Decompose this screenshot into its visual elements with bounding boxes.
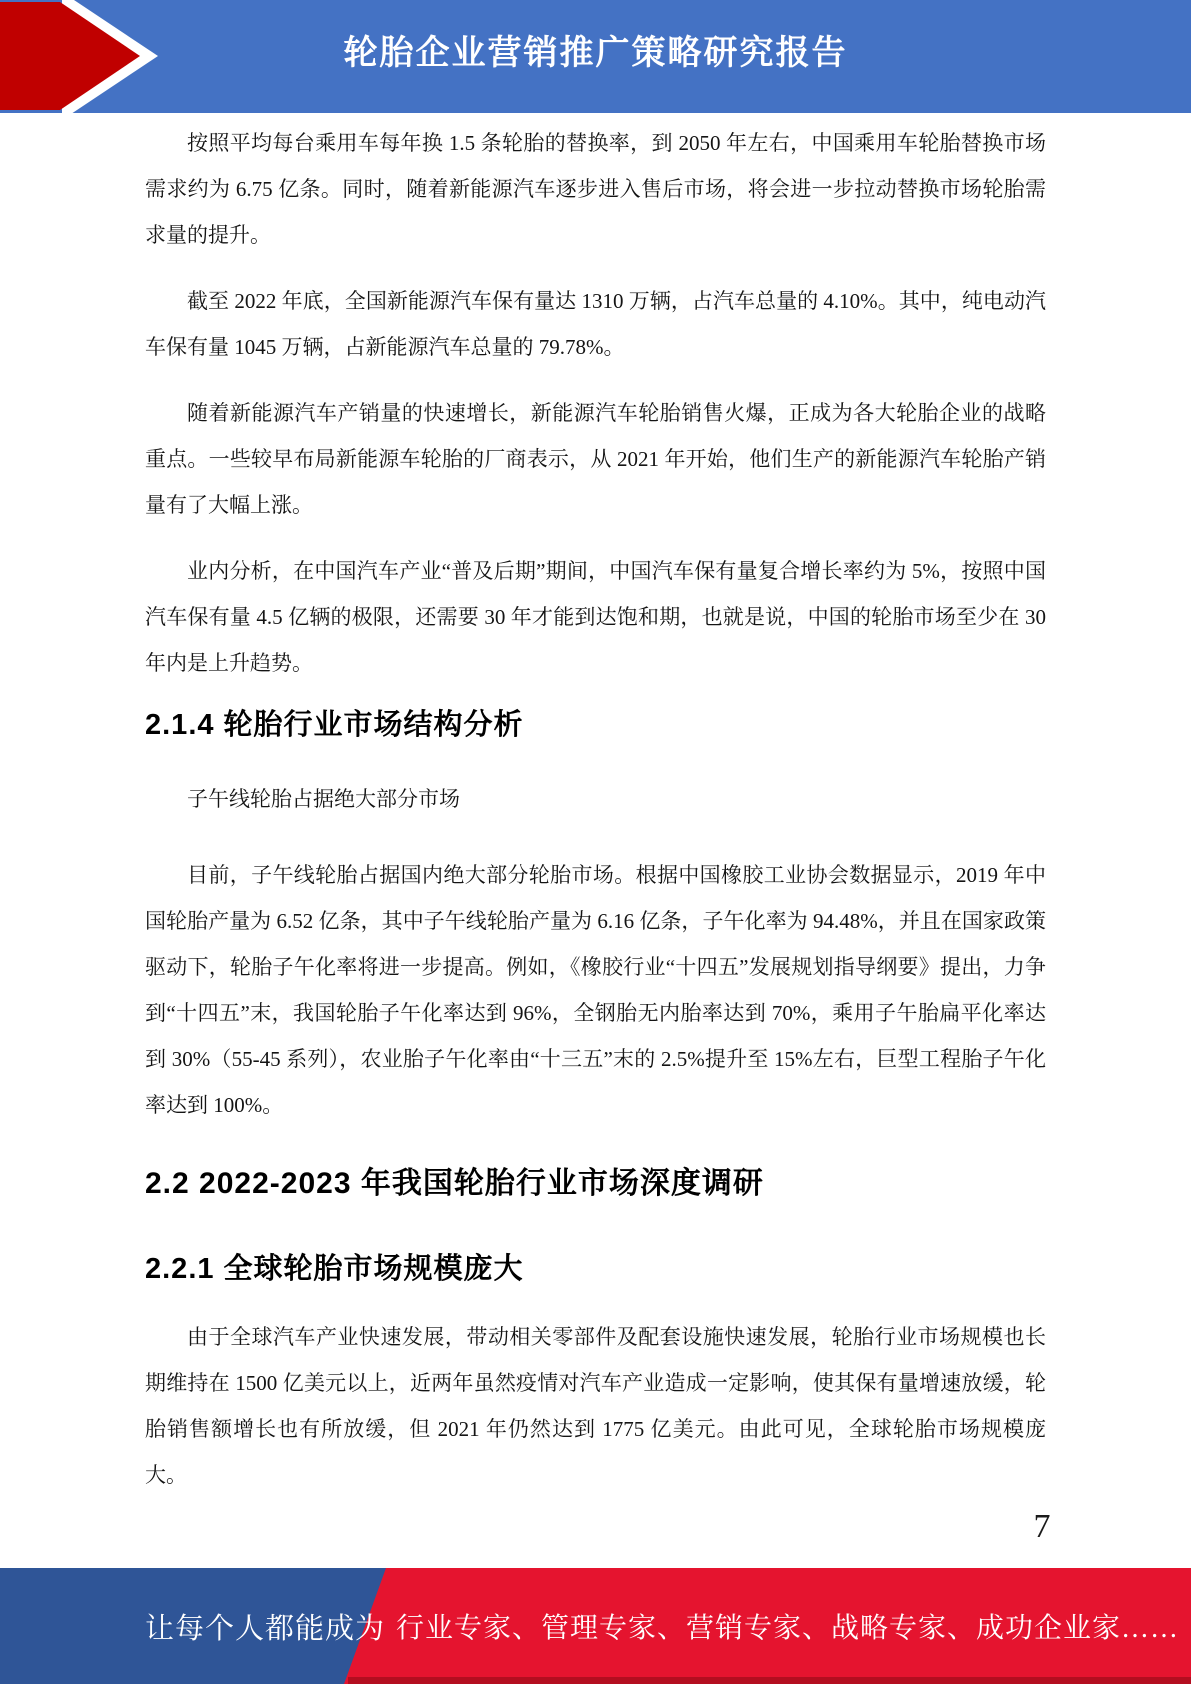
page-footer: 让每个人都能成为 行业专家、管理专家、营销专家、战略专家、成功企业家…… [0,1568,1191,1684]
paragraph: 按照平均每台乘用车每年换 1.5 条轮胎的替换率，到 2050 年左右，中国乘用… [145,120,1046,258]
section-heading-2-1-4: 2.1.4 轮胎行业市场结构分析 [145,706,1046,744]
document-body: 按照平均每台乘用车每年换 1.5 条轮胎的替换率，到 2050 年左右，中国乘用… [145,0,1046,1518]
paragraph: 随着新能源汽车产销量的快速增长，新能源汽车轮胎销售火爆，正成为各大轮胎企业的战略… [145,390,1046,528]
paragraph: 截至 2022 年底，全国新能源汽车保有量达 1310 万辆，占汽车总量的 4.… [145,278,1046,370]
footer-slogan-left: 让每个人都能成为 [145,1568,385,1684]
footer-slogan-right: 行业专家、管理专家、营销专家、战略专家、成功企业家…… [396,1568,1179,1684]
paragraph: 业内分析，在中国汽车产业“普及后期”期间，中国汽车保有量复合增长率约为 5%，按… [145,548,1046,686]
paragraph: 目前，子午线轮胎占据国内绝大部分轮胎市场。根据中国橡胶工业协会数据显示，2019… [145,852,1046,1128]
section-heading-2-2-1: 2.2.1 全球轮胎市场规模庞大 [145,1250,1046,1288]
report-page: 轮胎企业营销推广策略研究报告 按照平均每台乘用车每年换 1.5 条轮胎的替换率，… [0,0,1191,1684]
paragraph: 由于全球汽车产业快速发展，带动相关零部件及配套设施快速发展，轮胎行业市场规模也长… [145,1314,1046,1498]
paragraph: 子午线轮胎占据绝大部分市场 [145,776,1046,822]
section-heading-2-2: 2.2 2022-2023 年我国轮胎行业市场深度调研 [145,1164,1046,1204]
page-number: 7 [1012,1508,1072,1546]
